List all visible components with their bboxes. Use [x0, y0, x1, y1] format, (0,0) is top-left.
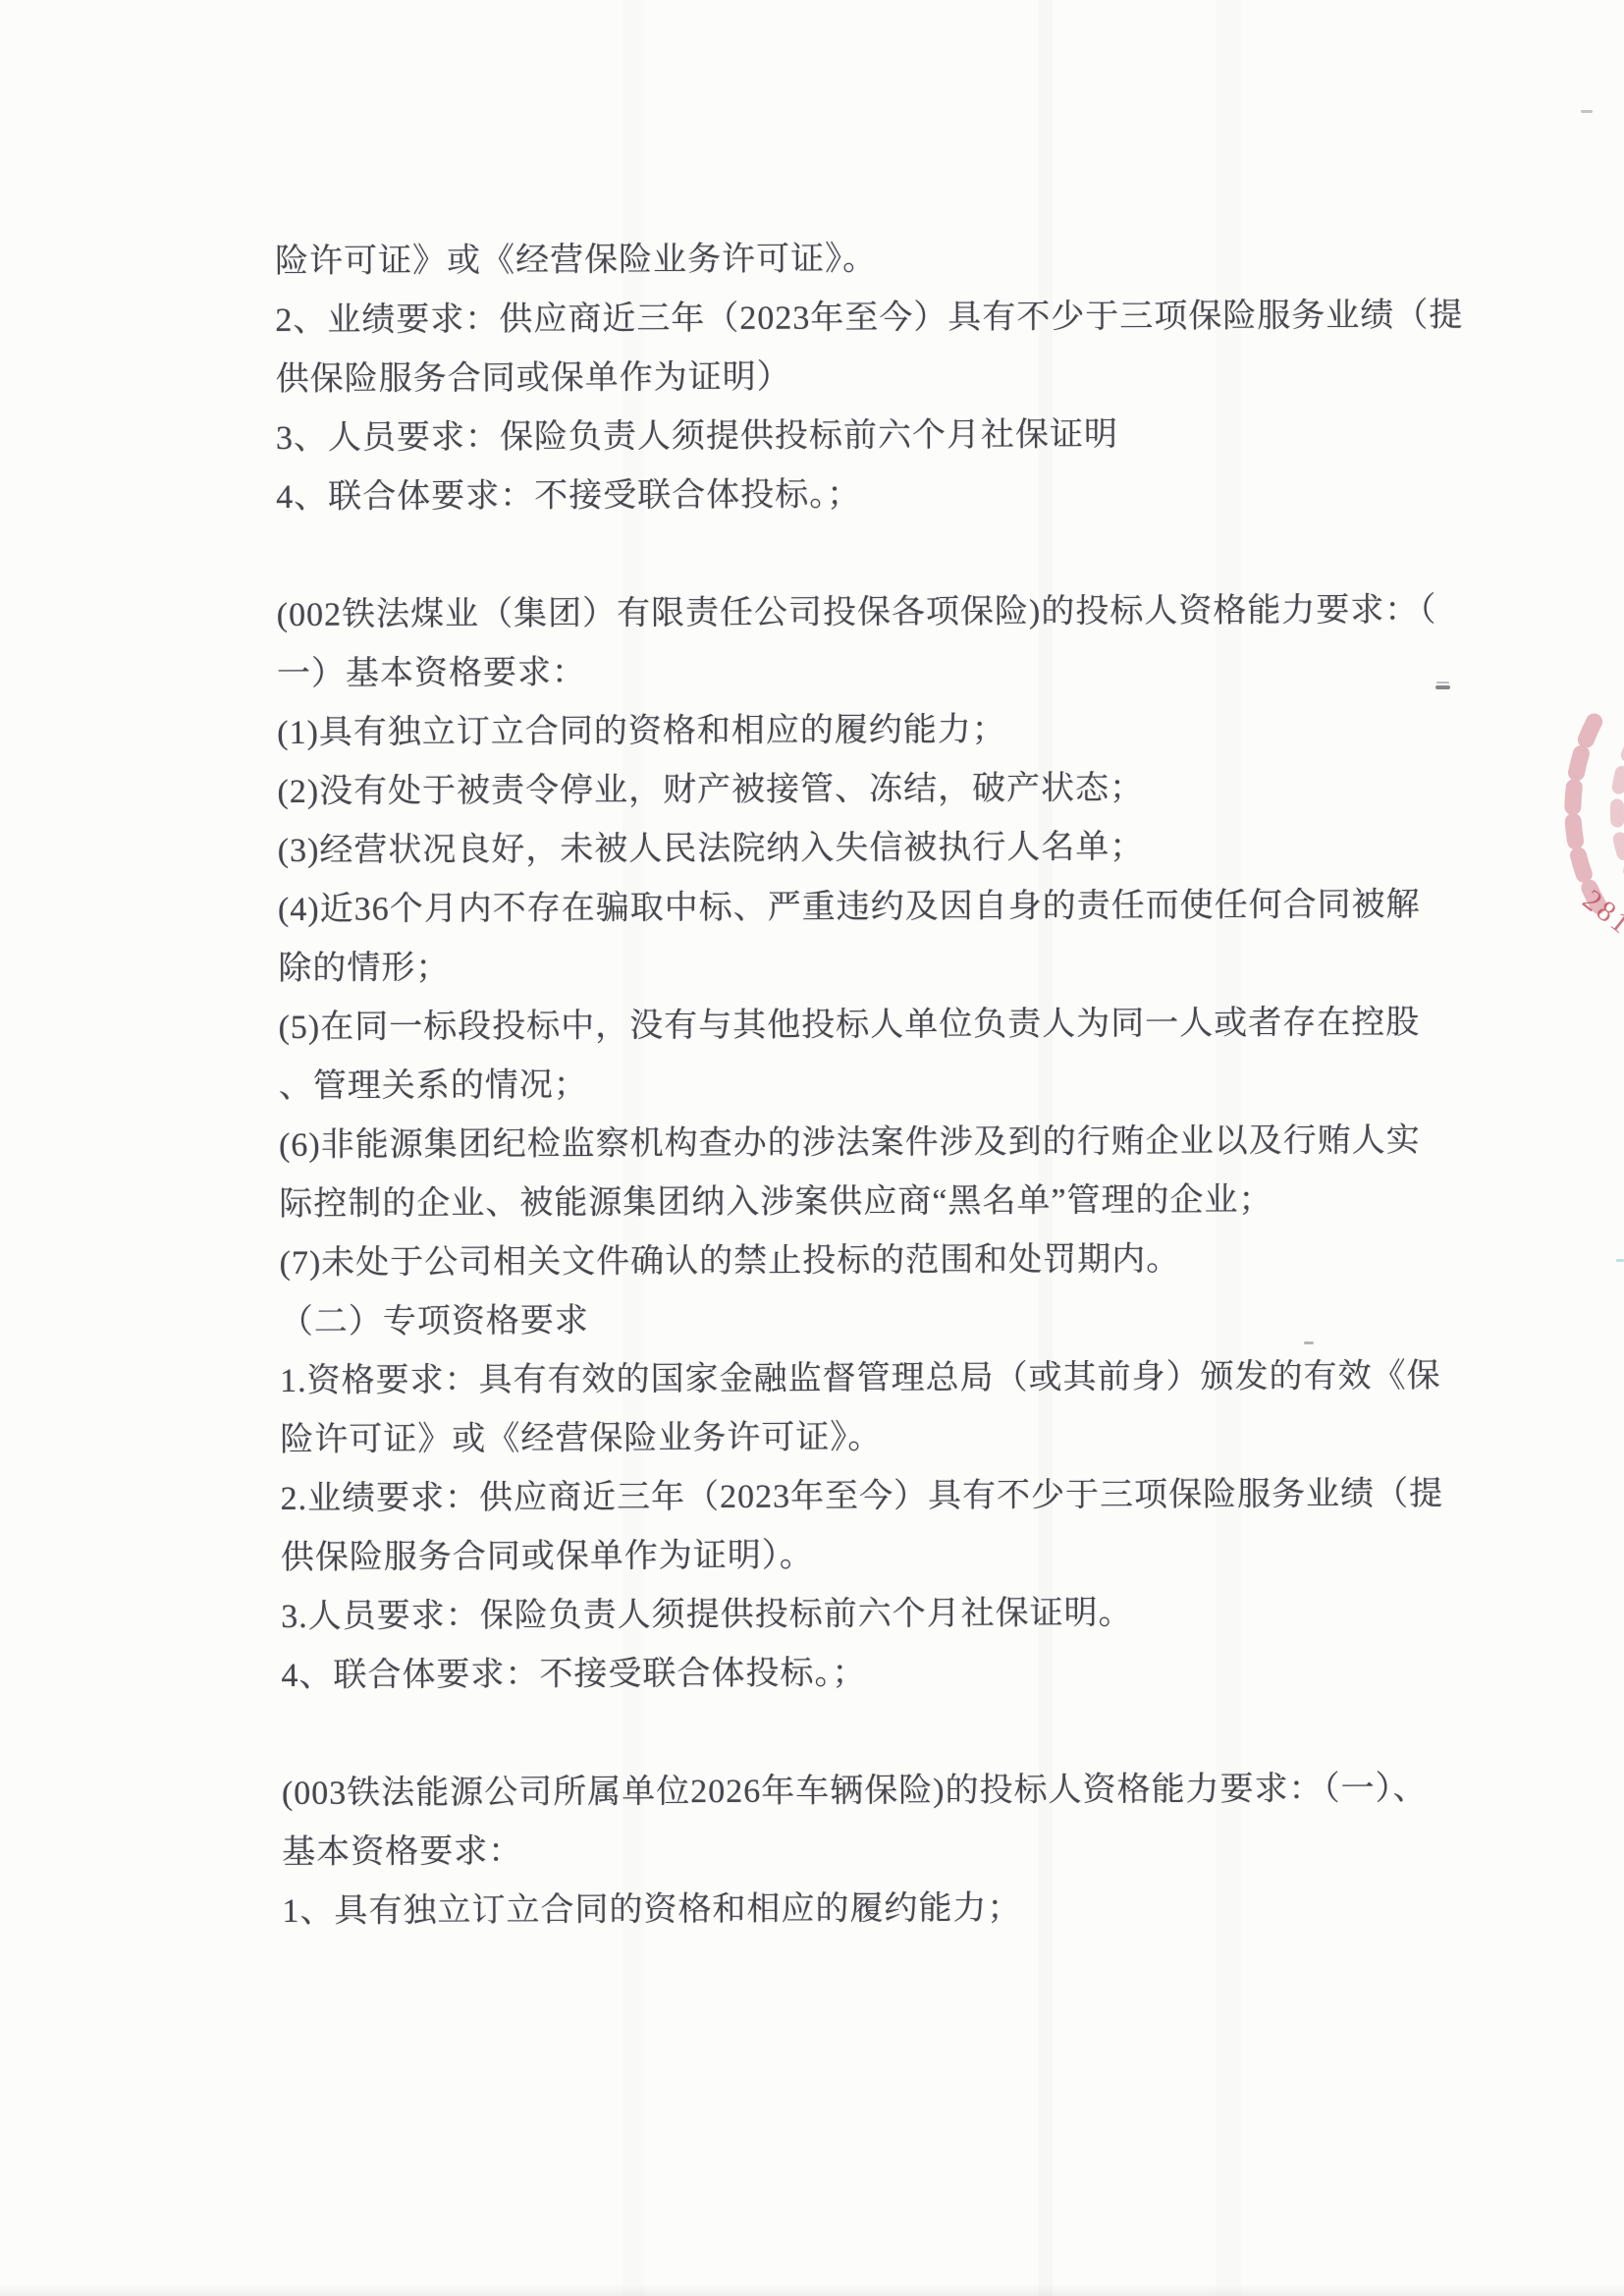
scan-artifact: [1581, 110, 1593, 113]
text-line: 1.资格要求：具有有效的国家金融监督管理总局（或其前身）颁发的有效《保: [280, 1347, 1488, 1411]
text-line: (7)未处于公司相关文件确认的禁止投标的范围和处罚期内。: [279, 1230, 1487, 1293]
text-line: 4、联合体要求：不接受联合体投标。；: [281, 1642, 1489, 1706]
stamp-inner-arc: [1617, 737, 1624, 884]
scanned-text-block: 险许可证》或《经营保险业务许可证》。2、业绩要求：供应商近三年（2023年至今）…: [275, 228, 1490, 1941]
section-carryover-items: 险许可证》或《经营保险业务许可证》。2、业绩要求：供应商近三年（2023年至今）…: [275, 228, 1484, 527]
text-line: 4、联合体要求：不接受联合体投标。；: [276, 464, 1484, 527]
document-page: 险许可证》或《经营保险业务许可证》。2、业绩要求：供应商近三年（2023年至今）…: [0, 0, 1624, 2296]
text-line: 3、人员要求：保险负责人须提供投标前六个月社保证明: [276, 405, 1484, 468]
text-line: 除的情形；: [278, 935, 1486, 999]
text-line: (2)没有处于被责令停业，财产被接管、冻结，破产状态；: [277, 758, 1485, 822]
text-line: (5)在同一标段投标中，没有与其他投标人单位负责人为同一人或者存在控股: [278, 994, 1486, 1058]
text-line: 险许可证》或《经营保险业务许可证》。: [280, 1406, 1488, 1470]
text-line: 险许可证》或《经营保险业务许可证》。: [275, 228, 1483, 292]
text-line: (1)具有独立订立合同的资格和相应的履约能力；: [277, 699, 1485, 763]
text-line: 供保险服务合同或保单作为证明）: [276, 346, 1484, 410]
text-line: 一）基本资格要求：: [277, 640, 1485, 704]
text-line: 际控制的企业、被能源集团纳入涉案供应商“黑名单”管理的企业；: [279, 1171, 1487, 1234]
text-line: (003铁法能源公司所属单位2026年车辆保险)的投标人资格能力要求：（一）、: [282, 1760, 1489, 1824]
text-line: 基本资格要求：: [282, 1819, 1489, 1883]
text-line: 1、具有独立订立合同的资格和相应的履约能力；: [282, 1878, 1489, 1941]
text-line: 、管理关系的情况；: [279, 1053, 1487, 1117]
text-line: (6)非能源集团纪检监察机构查办的涉法案件涉及到的行贿企业以及行贿人实: [279, 1112, 1487, 1175]
section-package-002: (002铁法煤业（集团）有限责任公司投保各项保险)的投标人资格能力要求：（一）基…: [277, 581, 1489, 1706]
stamp-outer-arc: [1573, 714, 1598, 905]
text-line: 供保险服务合同或保单作为证明）。: [281, 1524, 1489, 1588]
text-line: (002铁法煤业（集团）有限责任公司投保各项保险)的投标人资格能力要求：（: [277, 581, 1485, 645]
text-line: 2.业绩要求：供应商近三年（2023年至今）具有不少于三项保险服务业绩（提: [280, 1465, 1488, 1529]
text-line: (3)经营状况良好，未被人民法院纳入失信被执行人名单；: [278, 817, 1486, 881]
scan-artifact: [1616, 1259, 1624, 1262]
section-package-003: (003铁法能源公司所属单位2026年车辆保险)的投标人资格能力要求：（一）、基…: [282, 1760, 1490, 1941]
stamp-digits: 2810: [1577, 884, 1624, 953]
text-line: 2、业绩要求：供应商近三年（2023年至今）具有不少于三项保险服务业绩（提: [275, 287, 1483, 351]
text-line: （二）专项资格要求: [280, 1288, 1488, 1352]
red-seal-stamp: 2810: [1563, 668, 1624, 962]
text-line: (4)近36个月内不存在骗取中标、严重违约及因自身的责任而使任何合同被解: [278, 876, 1486, 940]
text-line: 3.人员要求：保险负责人须提供投标前六个月社保证明。: [281, 1583, 1489, 1647]
